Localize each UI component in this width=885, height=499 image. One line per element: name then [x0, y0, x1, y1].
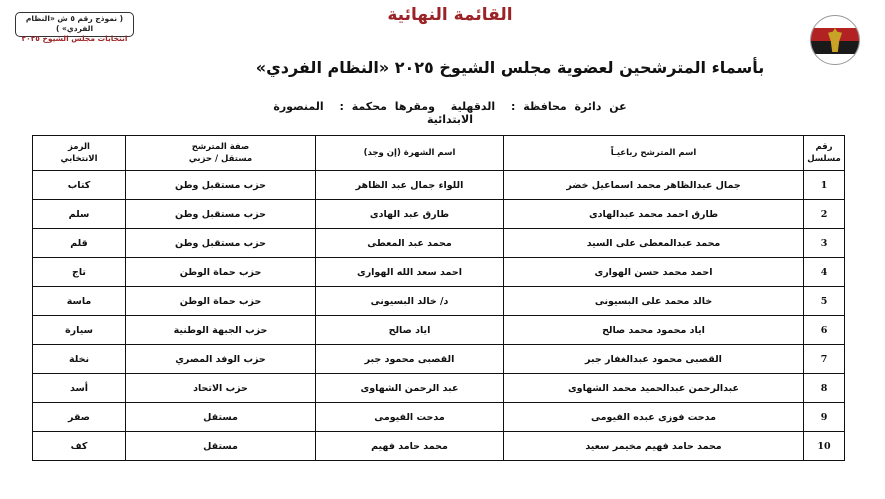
candidates-table: رقم مسلسل اسم المترشح رباعيـاً اسم الشهر…	[32, 135, 845, 461]
document-subtitle: بأسماء المترشحين لعضوية مجلس الشيوخ ٢٠٢٥…	[230, 58, 790, 77]
cell-name: خالد محمد على البسيونى	[504, 287, 804, 316]
form-number-label: ( نموذج رقم ٥ ش «النظام الفردي» )	[16, 14, 133, 34]
cell-status: مستقل	[126, 432, 316, 461]
court-label: ومقرها محكمة :	[340, 100, 435, 113]
cell-symbol: صقر	[33, 403, 126, 432]
cell-serial: 1	[804, 171, 845, 200]
cell-status: حزب الاتحاد	[126, 374, 316, 403]
cell-name: عبدالرحمن عبدالحميد محمد الشهاوى	[504, 374, 804, 403]
cell-name: احمد محمد حسن الهوارى	[504, 258, 804, 287]
cell-status: مستقل	[126, 403, 316, 432]
cell-fame: محمد حامد فهيم	[316, 432, 504, 461]
cell-name: محمد عبدالمعطى على السيد	[504, 229, 804, 258]
court-type-value: الابتدائية	[427, 113, 473, 126]
governorate-label: عن دائرة محافظة :	[511, 100, 627, 113]
table-row: 6 اياد محمود محمد صالح اياد صالح حزب الج…	[33, 316, 845, 345]
column-header-fame: اسم الشهرة (إن وجد)	[316, 136, 504, 171]
cell-fame: عبد الرحمن الشهاوى	[316, 374, 504, 403]
cell-fame: احمد سعد الله الهوارى	[316, 258, 504, 287]
court-city-value: المنصورة	[273, 100, 323, 113]
cell-serial: 5	[804, 287, 845, 316]
cell-status: حزب الوفد المصري	[126, 345, 316, 374]
cell-name: جمال عبدالظاهر محمد اسماعيل خضر	[504, 171, 804, 200]
cell-fame: طارق عبد الهادى	[316, 200, 504, 229]
table-row: 9 مدحت فوزى عبده الفيومى مدحت الفيومى مس…	[33, 403, 845, 432]
table-row: 1 جمال عبدالظاهر محمد اسماعيل خضر اللواء…	[33, 171, 845, 200]
cell-serial: 7	[804, 345, 845, 374]
cell-symbol: كف	[33, 432, 126, 461]
election-name-label: انتخابات مجلس الشيوخ ٢٠٢٥	[16, 34, 133, 44]
column-header-symbol: الرمز الانتخابي	[33, 136, 126, 171]
cell-name: القصبى محمود عبدالغفار جبر	[504, 345, 804, 374]
cell-symbol: أسد	[33, 374, 126, 403]
cell-fame: اياد صالح	[316, 316, 504, 345]
cell-fame: اللواء جمال عبد الظاهر	[316, 171, 504, 200]
governorate-value: الدقهلية	[451, 100, 495, 113]
cell-symbol: قلم	[33, 229, 126, 258]
cell-name: محمد حامد فهيم مخيمر سعيد	[504, 432, 804, 461]
form-number-box: ( نموذج رقم ٥ ش «النظام الفردي» ) انتخاب…	[15, 12, 134, 37]
cell-fame: محمد عبد المعطى	[316, 229, 504, 258]
table-row: 8 عبدالرحمن عبدالحميد محمد الشهاوى عبد ا…	[33, 374, 845, 403]
table-row: 3 محمد عبدالمعطى على السيد محمد عبد المع…	[33, 229, 845, 258]
cell-name: اياد محمود محمد صالح	[504, 316, 804, 345]
cell-symbol: نخلة	[33, 345, 126, 374]
elections-authority-logo-icon	[810, 15, 860, 65]
table-row: 2 طارق احمد محمد عبدالهادى طارق عبد الها…	[33, 200, 845, 229]
column-header-name: اسم المترشح رباعيـاً	[504, 136, 804, 171]
cell-serial: 9	[804, 403, 845, 432]
cell-symbol: سيارة	[33, 316, 126, 345]
cell-status: حزب الجبهة الوطنية	[126, 316, 316, 345]
cell-symbol: سلم	[33, 200, 126, 229]
cell-serial: 4	[804, 258, 845, 287]
cell-status: حزب مستقبل وطن	[126, 200, 316, 229]
cell-status: حزب حماة الوطن	[126, 258, 316, 287]
table-row: 10 محمد حامد فهيم مخيمر سعيد محمد حامد ف…	[33, 432, 845, 461]
column-header-status: صفة المترشح مستقل / حزبي	[126, 136, 316, 171]
table-row: 7 القصبى محمود عبدالغفار جبر القصبى محمو…	[33, 345, 845, 374]
cell-name: مدحت فوزى عبده الفيومى	[504, 403, 804, 432]
district-line: عن دائرة محافظة : الدقهلية ومقرها محكمة …	[250, 100, 650, 126]
cell-serial: 2	[804, 200, 845, 229]
cell-symbol: ماسة	[33, 287, 126, 316]
cell-serial: 8	[804, 374, 845, 403]
table-row: 4 احمد محمد حسن الهوارى احمد سعد الله ال…	[33, 258, 845, 287]
cell-status: حزب حماة الوطن	[126, 287, 316, 316]
cell-status: حزب مستقبل وطن	[126, 171, 316, 200]
cell-symbol: كتاب	[33, 171, 126, 200]
cell-fame: د/ خالد البسيونى	[316, 287, 504, 316]
table-row: 5 خالد محمد على البسيونى د/ خالد البسيون…	[33, 287, 845, 316]
cell-serial: 10	[804, 432, 845, 461]
cell-fame: القصبى محمود جبر	[316, 345, 504, 374]
cell-serial: 6	[804, 316, 845, 345]
page-title: القائمة النهائية	[300, 5, 600, 25]
cell-symbol: تاج	[33, 258, 126, 287]
column-header-serial: رقم مسلسل	[804, 136, 845, 171]
cell-status: حزب مستقبل وطن	[126, 229, 316, 258]
cell-serial: 3	[804, 229, 845, 258]
cell-name: طارق احمد محمد عبدالهادى	[504, 200, 804, 229]
cell-fame: مدحت الفيومى	[316, 403, 504, 432]
table-header-row: رقم مسلسل اسم المترشح رباعيـاً اسم الشهر…	[33, 136, 845, 171]
